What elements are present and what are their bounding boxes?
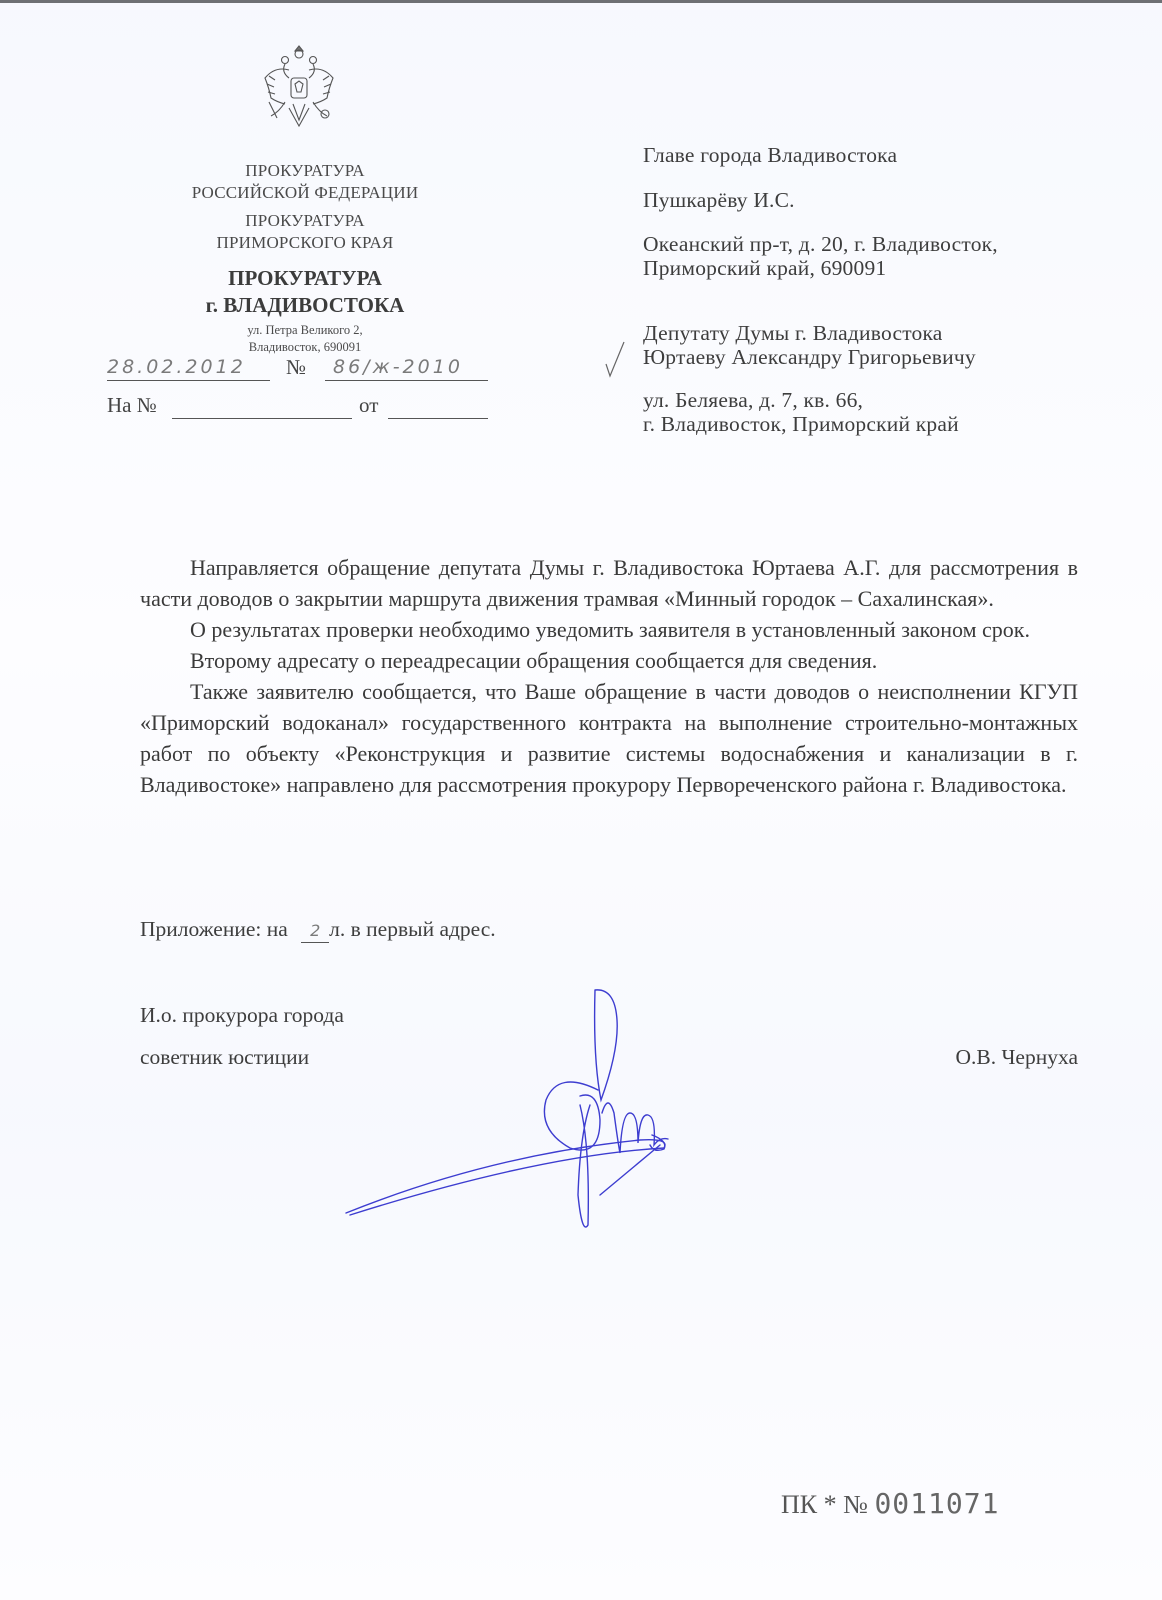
body-paragraph-2: О результатах проверки необходимо уведом… [140, 614, 1078, 645]
form-serial-number: ПК * № 0011071 [781, 1487, 999, 1520]
addressee-1-address-1: Океанский пр-т, д. 20, г. Владивосток, [643, 232, 998, 256]
addressee-1-name: Пушкарёву И.С. [643, 188, 795, 212]
signatory-name: О.В. Чернуха [955, 1045, 1078, 1070]
outgoing-number-field: 86/ж-2010 [325, 356, 488, 381]
letterhead-org-city: г. ВЛАДИВОСТОКА [110, 291, 500, 319]
letterhead-line-1: ПРОКУРАТУРА [110, 160, 500, 182]
addressee-2-name: Юртаеву Александру Григорьевичу [643, 345, 976, 369]
letterhead-org-title: ПРОКУРАТУРА [110, 264, 500, 292]
serial-number: 0011071 [874, 1487, 999, 1520]
letterhead-address-2: Владивосток, 690091 [110, 339, 500, 356]
attachment-suffix: л. в первый адрес. [329, 917, 496, 941]
reference-number-field [172, 394, 352, 419]
attachment-pages: 2 [310, 921, 320, 940]
letterhead-line-3: ПРОКУРАТУРА [110, 210, 500, 232]
outgoing-date: 28.02.2012 [107, 356, 246, 378]
addressee-2-title: Депутату Думы г. Владивостока [643, 321, 943, 345]
coat-of-arms-icon [255, 40, 343, 132]
reference-date-label: от [359, 393, 378, 418]
handwritten-signature [340, 985, 680, 1235]
addressee-1-title: Главе города Владивостока [643, 143, 897, 167]
number-label: № [286, 355, 306, 380]
signatory-position-1: И.о. прокурора города [140, 1003, 344, 1028]
attachment-line: Приложение: на 2 л. в первый адрес. [140, 917, 496, 943]
reference-date-field [388, 394, 488, 419]
check-mark-icon [604, 340, 626, 378]
reference-number-label: На № [107, 393, 157, 418]
body-paragraph-4: Также заявителю сообщается, что Ваше обр… [140, 676, 1078, 800]
letterhead-address-1: ул. Петра Великого 2, [110, 322, 500, 339]
letter-body: Направляется обращение депутата Думы г. … [140, 552, 1078, 800]
addressee-2-address-2: г. Владивосток, Приморский край [643, 412, 959, 436]
outgoing-number: 86/ж-2010 [325, 356, 463, 378]
addressee-1-address-2: Приморский край, 690091 [643, 256, 886, 280]
attachment-prefix: Приложение: на [140, 917, 288, 941]
body-paragraph-3: Второму адресату о переадресации обращен… [140, 645, 1078, 676]
letterhead-line-2: РОССИЙСКОЙ ФЕДЕРАЦИИ [110, 182, 500, 204]
addressee-2-address-1: ул. Беляева, д. 7, кв. 66, [643, 388, 863, 412]
serial-series: ПК * № [781, 1490, 868, 1519]
signatory-position-2: советник юстиции [140, 1045, 309, 1070]
outgoing-date-field: 28.02.2012 [107, 356, 270, 381]
body-paragraph-1: Направляется обращение депутата Думы г. … [140, 552, 1078, 614]
letterhead-line-4: ПРИМОРСКОГО КРАЯ [110, 232, 500, 254]
